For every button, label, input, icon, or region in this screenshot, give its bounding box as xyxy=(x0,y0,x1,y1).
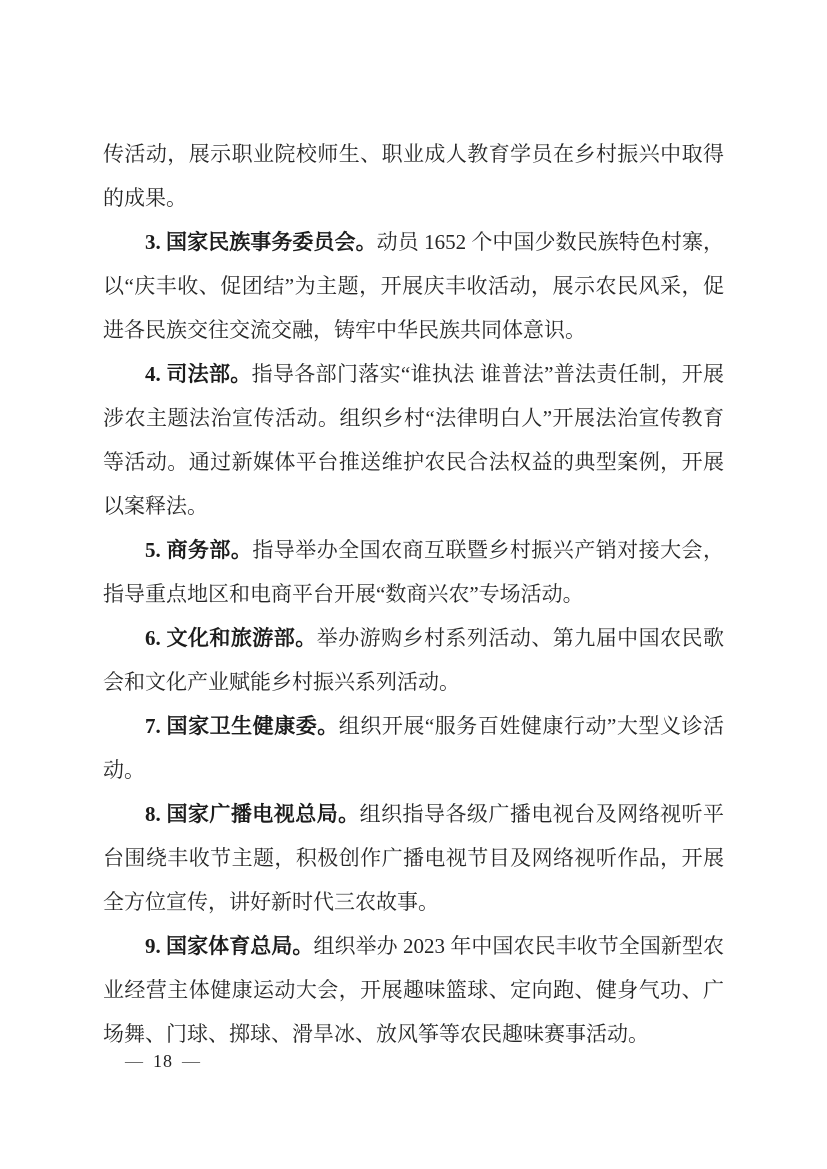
document-body: 传活动，展示职业院校师生、职业成人教育学员在乡村振兴中取得的成果。 3. 国家民… xyxy=(103,132,724,1056)
department-heading: 8. 国家广播电视总局。 xyxy=(145,802,360,826)
paragraph-item-6: 6. 文化和旅游部。举办游购乡村系列活动、第九届中国农民歌会和文化产业赋能乡村振… xyxy=(103,616,724,704)
department-heading: 7. 国家卫生健康委。 xyxy=(145,714,339,738)
footer-right-dash: — xyxy=(173,1051,210,1071)
page-number-footer: —18— xyxy=(116,1051,210,1072)
footer-left-dash: — xyxy=(116,1051,153,1071)
paragraph-text: 传活动，展示职业院校师生、职业成人教育学员在乡村振兴中取得的成果。 xyxy=(103,142,724,210)
paragraph-item-5: 5. 商务部。指导举办全国农商互联暨乡村振兴产销对接大会，指导重点地区和电商平台… xyxy=(103,528,724,616)
paragraph-item-4: 4. 司法部。指导各部门落实“谁执法 谁普法”普法责任制，开展涉农主题法治宣传活… xyxy=(103,352,724,528)
page-number: 18 xyxy=(153,1051,173,1071)
department-heading: 6. 文化和旅游部。 xyxy=(145,626,317,650)
department-heading: 4. 司法部。 xyxy=(145,362,252,386)
paragraph-item-3: 3. 国家民族事务委员会。动员 1652 个中国少数民族特色村寨，以“庆丰收、促… xyxy=(103,220,724,352)
document-page: 传活动，展示职业院校师生、职业成人教育学员在乡村振兴中取得的成果。 3. 国家民… xyxy=(0,0,827,1169)
paragraph-item-8: 8. 国家广播电视总局。组织指导各级广播电视台及网络视听平台围绕丰收节主题，积极… xyxy=(103,792,724,924)
paragraph-item-9: 9. 国家体育总局。组织举办 2023 年中国农民丰收节全国新型农业经营主体健康… xyxy=(103,924,724,1056)
department-heading: 3. 国家民族事务委员会。 xyxy=(145,230,377,254)
paragraph-continuation: 传活动，展示职业院校师生、职业成人教育学员在乡村振兴中取得的成果。 xyxy=(103,132,724,220)
department-heading: 9. 国家体育总局。 xyxy=(145,934,313,958)
paragraph-item-7: 7. 国家卫生健康委。组织开展“服务百姓健康行动”大型义诊活动。 xyxy=(103,704,724,792)
department-heading: 5. 商务部。 xyxy=(145,538,252,562)
